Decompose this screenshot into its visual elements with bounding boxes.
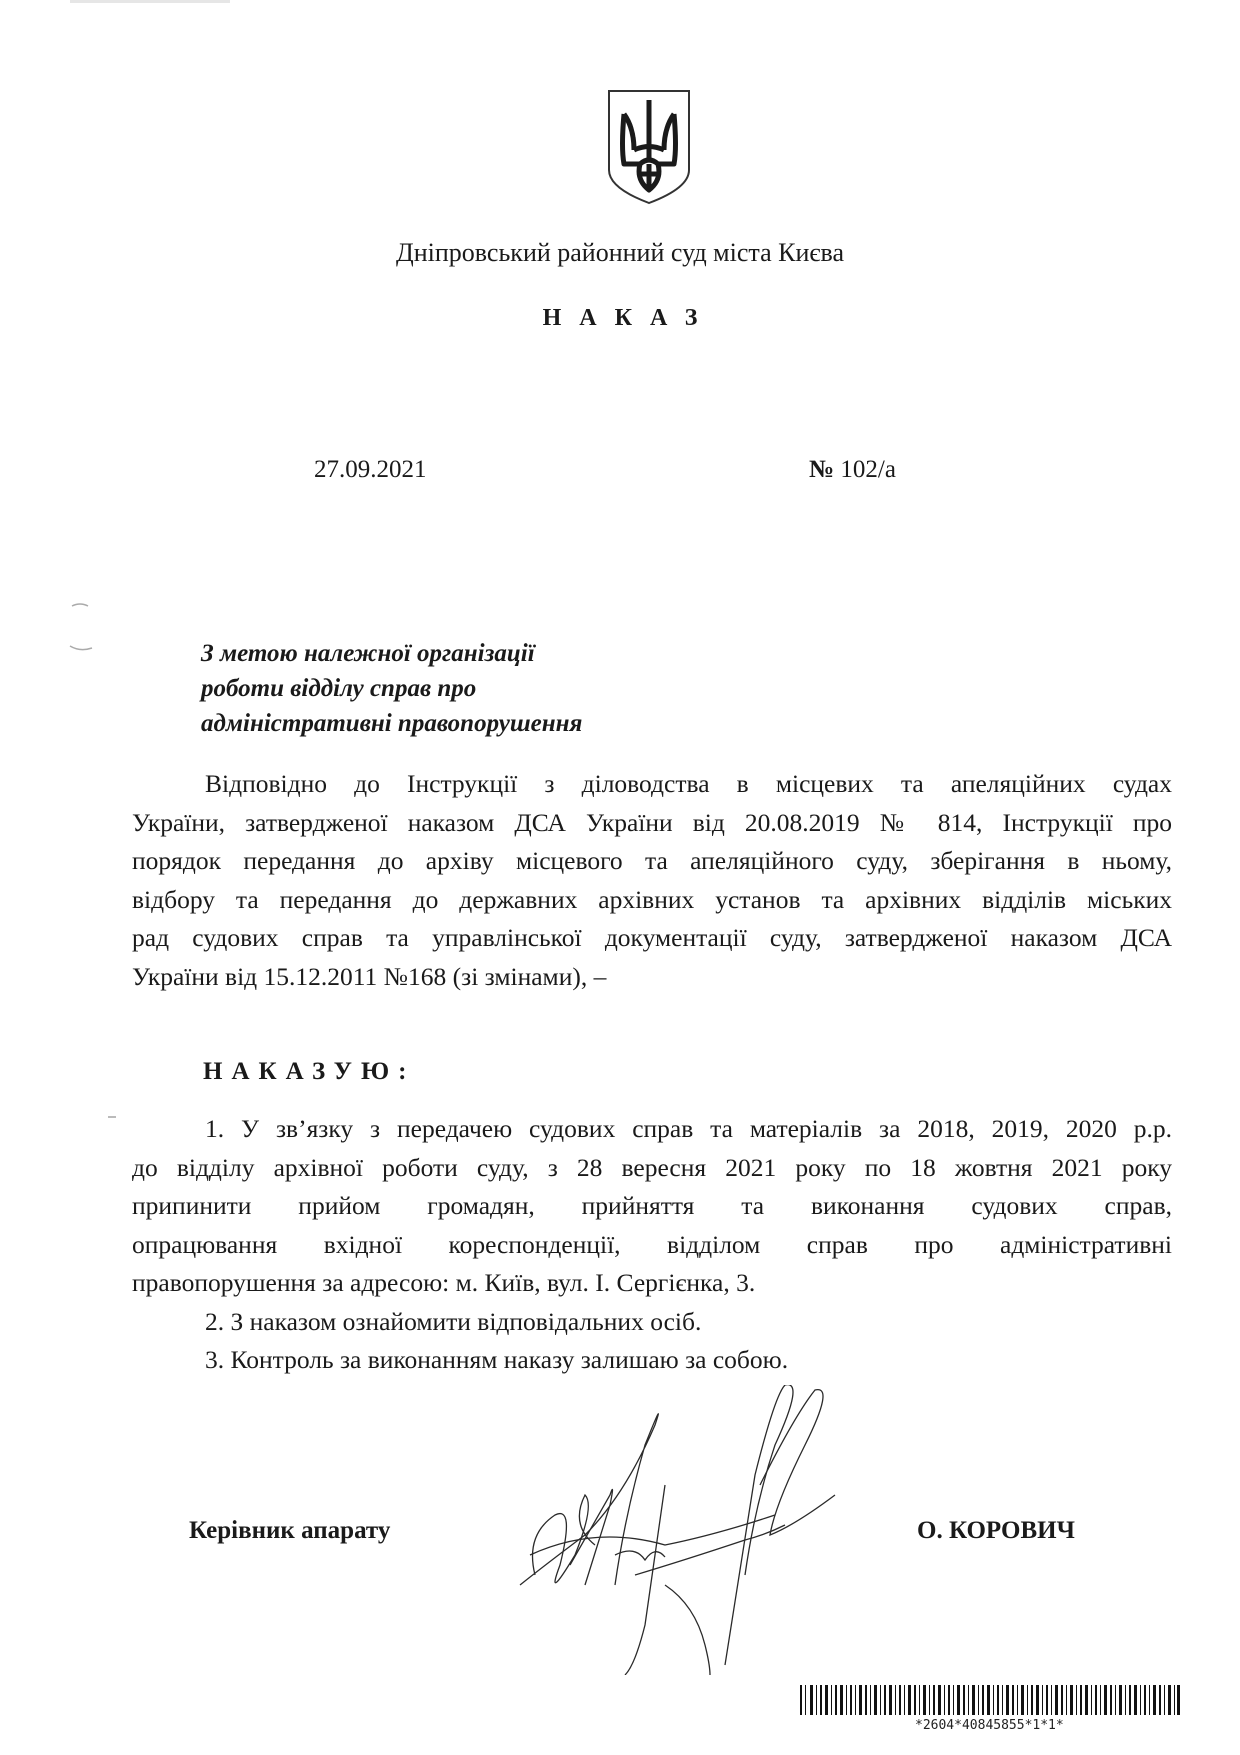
order-date: 27.09.2021	[314, 456, 427, 484]
preamble-line: України, затвердженої наказом ДСА Україн…	[132, 804, 1172, 843]
order-number: № 102/а	[809, 456, 896, 484]
subject-line: адміністративні правопорушення	[201, 706, 801, 741]
number-value: 102/а	[840, 456, 896, 483]
item-1-line: до відділу архівної роботи суду, з 28 ве…	[132, 1149, 1172, 1188]
preamble-line: Відповідно до Інструкції з діловодства в…	[132, 765, 1172, 804]
order-subject: З метою належної організації роботи відд…	[201, 636, 801, 741]
preamble-line: відбору та передання до державних архівн…	[132, 881, 1172, 920]
barcode-number: *2604*40845855*1*1*	[915, 1718, 1064, 1733]
barcode-icon	[800, 1685, 1180, 1715]
number-sign: №	[809, 456, 834, 483]
item-2: 2. З наказом ознайомити відповідальних о…	[132, 1303, 1172, 1342]
document-type-title: НАКАЗ	[0, 305, 1240, 332]
preamble-paragraph: Відповідно до Інструкції з діловодства в…	[132, 765, 1172, 996]
item-1-line: опрацювання вхідної кореспонденції, відд…	[132, 1226, 1172, 1265]
signer-position: Керівник апарату	[189, 1517, 390, 1545]
item-1-line: 1. У зв’язку з передачею судових справ т…	[132, 1110, 1172, 1149]
preamble-line: рад судових справ та управлінської докум…	[132, 919, 1172, 958]
handwritten-signature	[515, 1385, 855, 1675]
court-name: Дніпровський районний суд міста Києва	[0, 238, 1240, 268]
order-items: 1. У зв’язку з передачею судових справ т…	[132, 1110, 1172, 1380]
margin-punch-mark	[66, 600, 96, 660]
preamble-line: України від 15.12.2011 №168 (зі змінами)…	[132, 958, 1172, 997]
signer-name: О. КОРОВИЧ	[917, 1517, 1075, 1545]
item-3: 3. Контроль за виконанням наказу залишаю…	[132, 1341, 1172, 1380]
item-1-line: правопорушення за адресою: м. Київ, вул.…	[132, 1264, 1172, 1303]
item-1-line: припинити прийом громадян, прийняття та …	[132, 1187, 1172, 1226]
decree-heading: НАКАЗУЮ:	[203, 1058, 415, 1086]
subject-line: З метою належної організації	[201, 636, 801, 671]
preamble-line: порядок передання до архіву місцевого та…	[132, 842, 1172, 881]
coat-of-arms-icon	[606, 88, 692, 206]
scan-artifact	[70, 0, 230, 3]
scan-artifact	[108, 1116, 116, 1118]
subject-line: роботи відділу справ про	[201, 671, 801, 706]
